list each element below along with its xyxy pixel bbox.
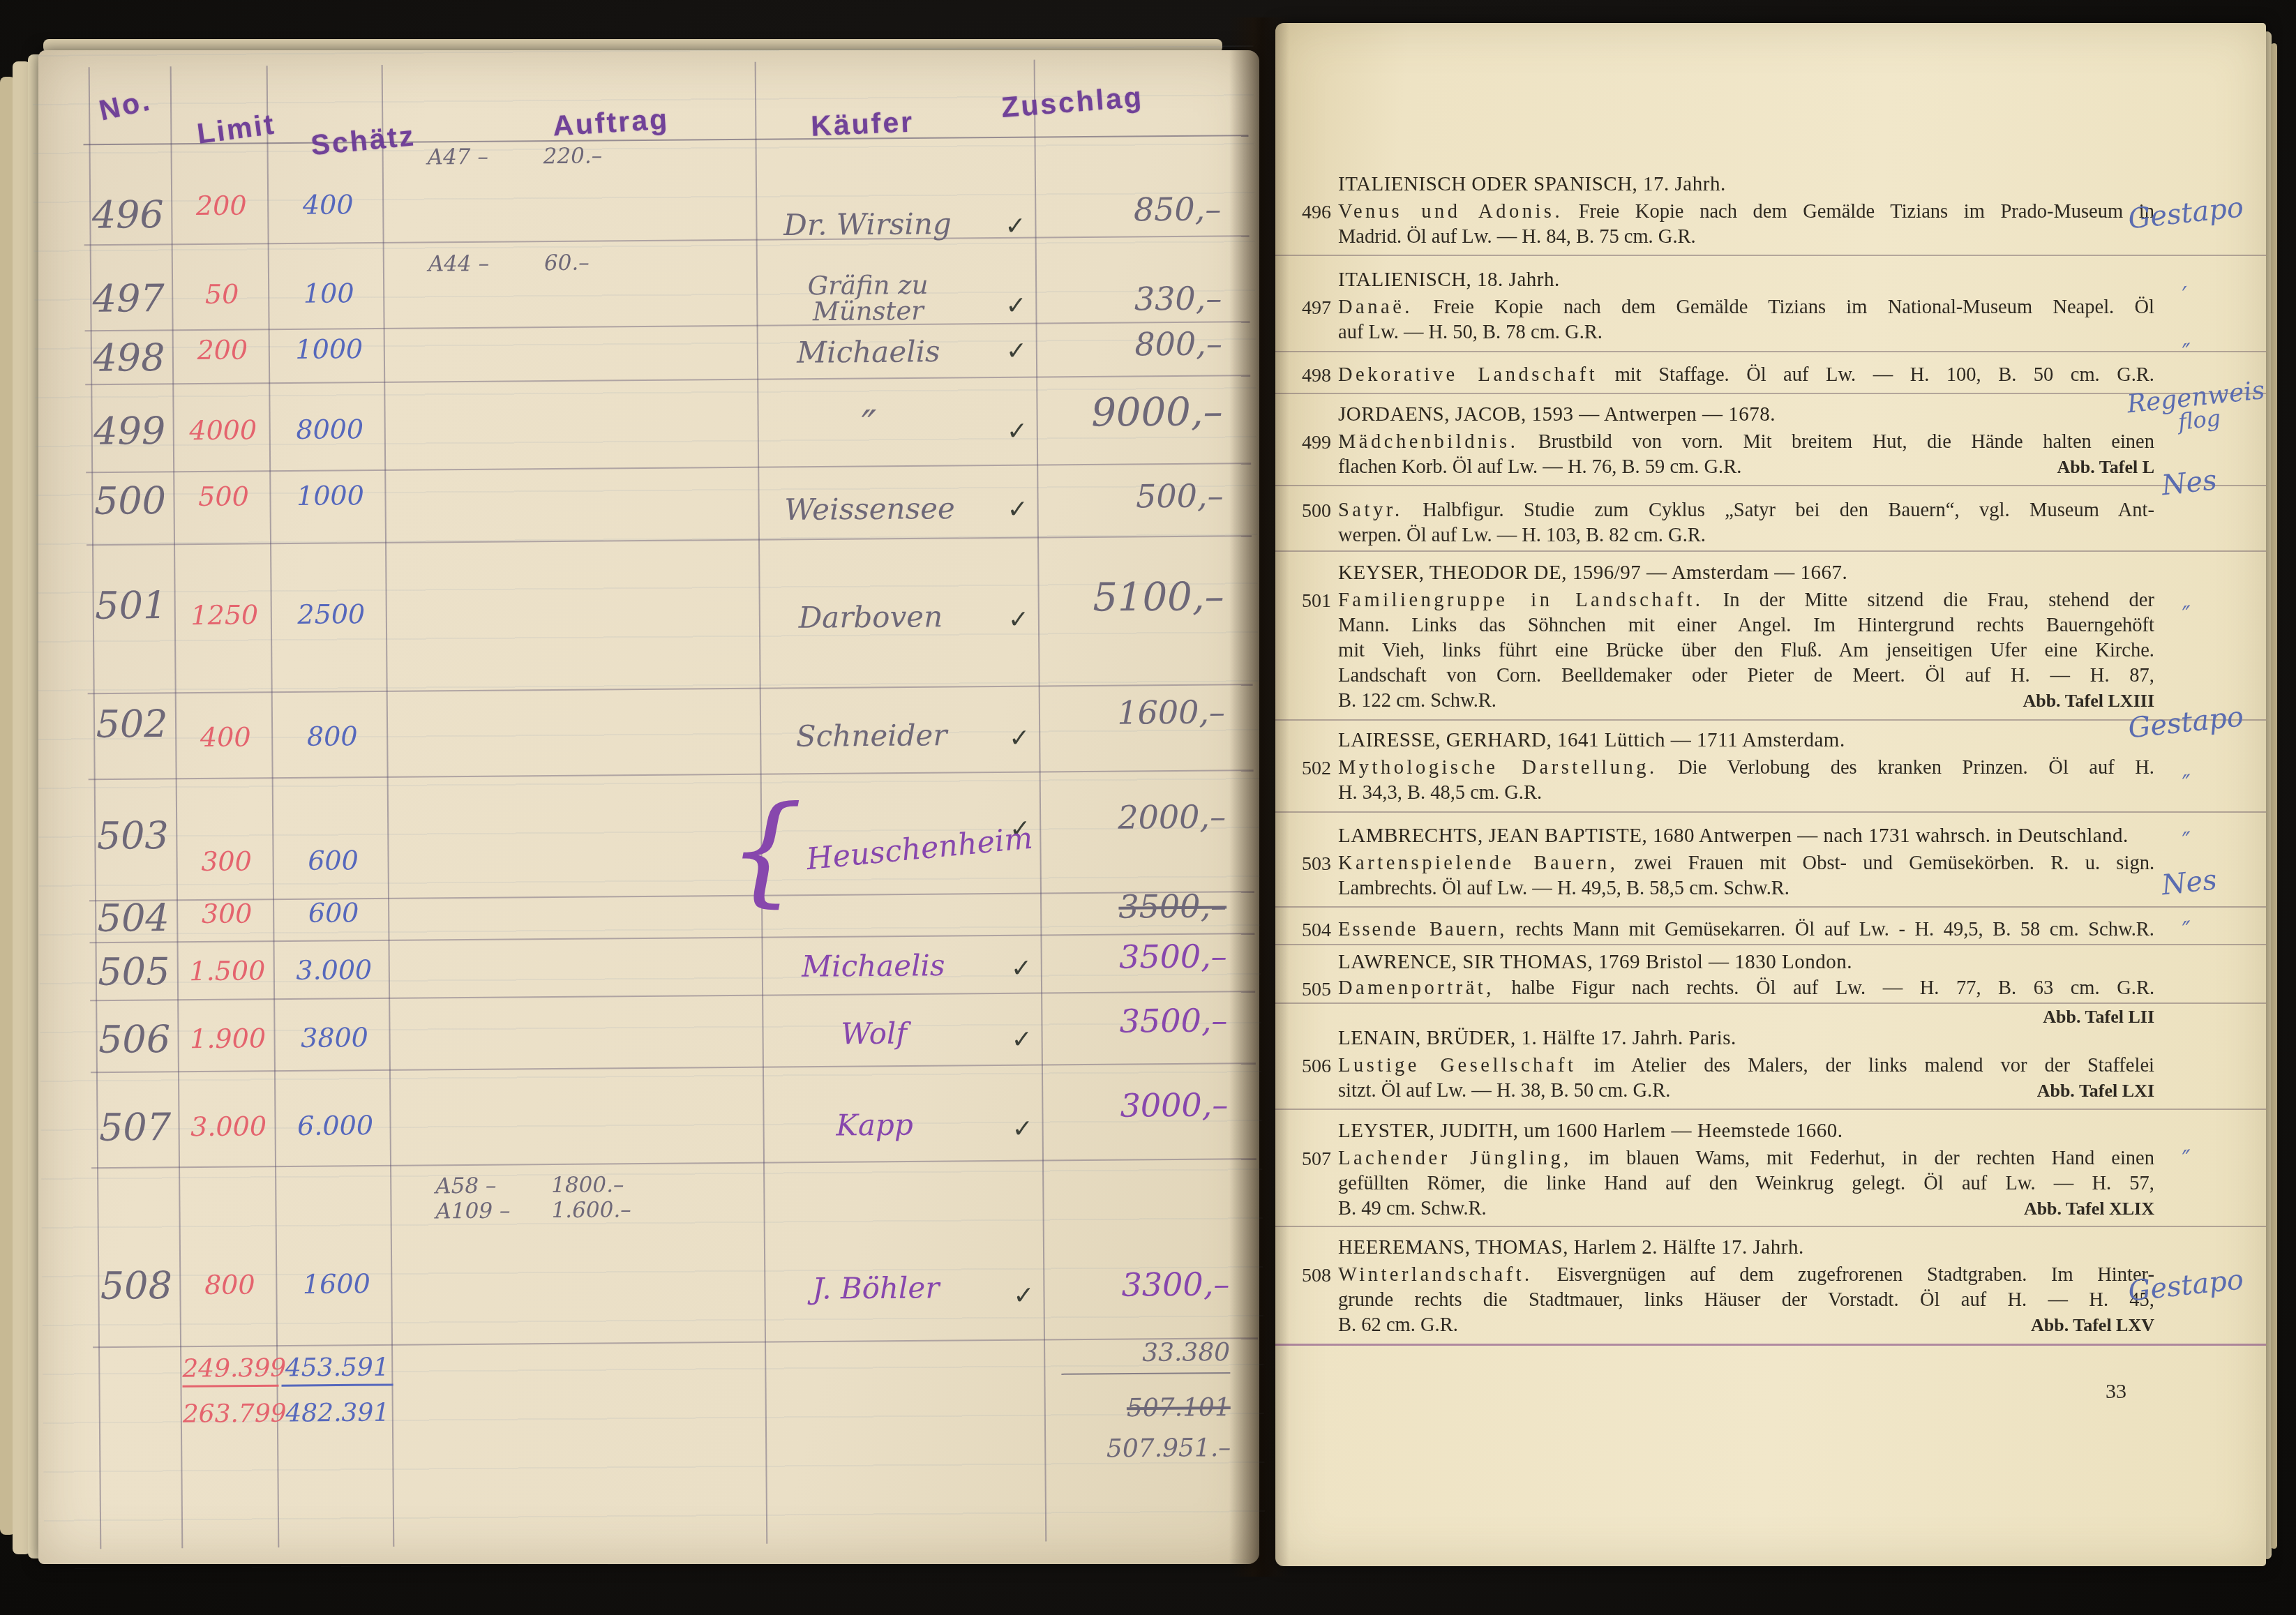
lot-text: Brustbild von vorn. Mit breitem Hut, die… [1538, 431, 2154, 453]
header-no: No. [96, 84, 154, 127]
estimate-value: 600 [278, 897, 389, 929]
ledger-row-508: 508 800 1600 J. Böhler ✓ 3300,– [42, 1277, 1263, 1286]
artist-header: LEYSTER, JUDITH, um 1600 Harlem — Heemst… [1295, 1118, 2154, 1143]
lot-number: 504 [1295, 919, 1331, 942]
header-kaeufer: Käufer [810, 105, 915, 142]
buyer-name-line: Gräfin zu [732, 271, 1004, 299]
hammer-sum: 33.380 [1061, 1338, 1230, 1375]
estimate-value: 3.000 [278, 954, 390, 986]
margin-annotation: ′ [2182, 267, 2296, 306]
entry-divider [1275, 1109, 2266, 1110]
ledger-table: No. Limit Schätz Auftrag Käufer Zuschlag… [33, 45, 1266, 1569]
lot-text: B. 62 cm. G.R. [1338, 1314, 1458, 1336]
buyer-name: Gräfin zu Münster [732, 271, 1005, 325]
lot-text: auf Lw. — H. 50, B. 78 cm. G.R. [1338, 320, 2154, 345]
lot-title: Venus und Adonis. [1338, 201, 1563, 223]
margin-annotation: ″ [2182, 813, 2296, 852]
hammer-price: 330,– [1053, 280, 1222, 319]
buyer-name: Michaelis [733, 333, 1005, 370]
catalog-entry-506: LENAIN, BRÜDER, 1. Hälfte 17. Jahrh. Par… [1295, 1026, 2154, 1104]
row-divider [90, 991, 1255, 1001]
artist-header: ITALIENISCH ODER SPANISCH, 17. Jahrh. [1295, 172, 2154, 197]
lot-text: werpen. Öl auf Lw. — H. 103, B. 82 cm. G… [1338, 523, 2154, 548]
lot-number: 507 [82, 1105, 187, 1150]
lot-text: Halbfigur. Studie zum Cyklus „Satyr bei … [1423, 499, 2154, 521]
catalog-entry-499: JORDAENS, JACOB, 1593 — Antwerpen — 1678… [1295, 402, 2154, 480]
artist-header: LAWRENCE, SIR THOMAS, 1769 Bristol — 183… [1295, 951, 2154, 974]
catalog-page: ITALIENISCH ODER SPANISCH, 17. Jahrh. 49… [1275, 23, 2266, 1566]
margin-annotation: ″ [2182, 1131, 2296, 1170]
page-stack-edge [2271, 43, 2277, 1549]
hammer-price: 2000,– [1057, 798, 1226, 837]
hammer-price: 9000,– [1053, 389, 1223, 436]
lot-number: 498 [77, 336, 181, 380]
order-note: A47 – 220.– [428, 142, 735, 170]
checkmark: ✓ [1009, 723, 1041, 753]
lot-title: Lustige Gesellschaft [1338, 1055, 1576, 1076]
artist-header: LAMBRECHTS, JEAN BAPTISTE, 1680 Antwerpe… [1295, 823, 2154, 848]
entry-divider [1275, 351, 2266, 352]
artist-header: KEYSER, THEODOR DE, 1596/97 — Amsterdam … [1295, 560, 2154, 585]
header-auftrag: Auftrag [552, 103, 670, 142]
catalog-entry-497: ITALIENISCH, 18. Jahrh. 497 Danaë. Freie… [1295, 267, 2154, 345]
buyer-name: Wolf [737, 1015, 1010, 1051]
estimate-sum: 482.391 [282, 1398, 393, 1427]
entry-divider [1275, 255, 2266, 256]
row-divider [91, 1158, 1256, 1169]
hammer-price: 3500,– [1058, 937, 1226, 976]
buyer-name: Weissensee [733, 490, 1005, 527]
hammer-price: 3000,– [1059, 1086, 1228, 1125]
catalog-entry-498: 498 Dekorative Landschaft mit Staffage. … [1295, 360, 2154, 388]
hammer-sum-final: 507.951.– [1062, 1434, 1231, 1464]
buyer-name: Heuschenheim [805, 821, 1035, 878]
checkmark: ✓ [1011, 1025, 1043, 1054]
estimate-value: 1600 [280, 1268, 392, 1300]
lot-number: 505 [1295, 979, 1331, 1001]
estimate-value: 1000 [274, 480, 386, 511]
hammer-sum-struck: 507.101 [1062, 1393, 1231, 1423]
lot-number: 501 [78, 583, 183, 628]
margin-annotation: ″ [2182, 324, 2296, 363]
limit-value: 500 [175, 481, 271, 512]
plate-reference: Abb. Tafel LXI [2023, 1079, 2154, 1104]
lot-text: B. 122 cm. Schw.R. [1338, 690, 1496, 712]
lot-title: Satyr. [1338, 499, 1403, 521]
lot-text: gefüllten Römer, die linke Hand auf den … [1338, 1171, 2154, 1196]
header-schaetz: Schätz [310, 119, 417, 162]
row-divider [85, 375, 1250, 385]
hammer-price: 800,– [1053, 325, 1222, 364]
ledger-row-506: 506 1.900 3800 Wolf ✓ 3500,– [40, 1030, 1261, 1040]
hammer-price: 1600,– [1056, 693, 1225, 733]
plate-reference: Abb. Tafel L [2043, 455, 2154, 480]
lot-number: 505 [82, 949, 186, 994]
plate-reference: Abb. Tafel LXV [2017, 1313, 2154, 1338]
lot-text: H. 34,3, B. 48,5 cm. G.R. [1338, 781, 2154, 806]
limit-value: 3.000 [180, 1111, 276, 1142]
limit-value: 300 [178, 846, 274, 877]
lot-number: 508 [1295, 1265, 1331, 1287]
catalog-entry-507: LEYSTER, JUDITH, um 1600 Harlem — Heemst… [1295, 1118, 2154, 1222]
lot-title: Danaë. [1338, 296, 1413, 318]
lot-number: 504 [81, 896, 186, 940]
lot-text: flachen Korb. Öl auf Lw. — H. 76, B. 59 … [1338, 456, 1741, 478]
lot-title: Mythologische Darstellung. [1338, 757, 1658, 779]
checkmark: ✓ [1013, 1281, 1045, 1310]
lot-number: 503 [1295, 853, 1331, 876]
lot-text: mit Vieh, links führt eine Brücke über d… [1338, 638, 2154, 663]
ledger-row-507: 507 3.000 6.000 Kapp ✓ 3000,– [41, 1118, 1262, 1128]
artist-header: LAIRESSE, GERHARD, 1641 Lüttich — 1711 A… [1295, 728, 2154, 753]
ledger-row-505: 505 1.500 3.000 Michaelis ✓ 3500,– [40, 963, 1261, 972]
entry-divider [1275, 944, 2266, 945]
estimate-value: 2500 [276, 599, 387, 630]
hammer-price: 500,– [1054, 477, 1223, 516]
hammer-price: 3500,– [1058, 1001, 1227, 1040]
ledger-row-503: 503 300 600 ✓ 2000,– [38, 834, 1259, 843]
lot-text: B. 49 cm. Schw.R. [1338, 1198, 1487, 1219]
buyer-name: J. Böhler [740, 1270, 1012, 1306]
catalog-entry-496: ITALIENISCH ODER SPANISCH, 17. Jahrh. 49… [1295, 172, 2154, 250]
lot-title: Kartenspielende Bauern, [1338, 852, 1618, 874]
plate-reference: Abb. Tafel XLIX [2010, 1196, 2154, 1222]
totals-row-3: 507.951.– [43, 1448, 1264, 1457]
lot-text: Landschaft von Corn. Beelldemaker oder P… [1338, 663, 2154, 689]
lot-text: Freie Kopie nach dem Gemälde Tizians im … [1579, 201, 2154, 223]
artist-header: ITALIENISCH, 18. Jahrh. [1295, 267, 2154, 292]
row-divider [87, 535, 1252, 546]
lot-number: 497 [76, 276, 181, 321]
hammer-price-struck: 3500,– [1058, 887, 1226, 926]
header-limit: Limit [195, 107, 278, 150]
estimate-value: 800 [276, 721, 388, 752]
estimate-value: 1000 [273, 333, 385, 365]
checkmark: ✓ [1005, 291, 1037, 320]
lot-text: mit Staffage. Öl auf Lw. — H. 100, B. 50… [1615, 364, 2154, 386]
lot-title: Essende Bauern, [1338, 919, 1506, 940]
buyer-joint-503-504: { Heuschenheim [728, 786, 1021, 913]
column-divider [1034, 60, 1047, 1542]
catalog-entry-508: HEEREMANS, THOMAS, Harlem 2. Hälfte 17. … [1295, 1235, 2154, 1338]
entry-divider [1275, 550, 2266, 552]
lot-number: 506 [1295, 1056, 1331, 1078]
estimate-value: 400 [272, 189, 384, 220]
lot-title: Lachender Jüngling, [1338, 1148, 1572, 1169]
lot-text: sitzt. Öl auf Lw. — H. 38, B. 50 cm. G.R… [1338, 1080, 1670, 1102]
limit-value: 4000 [175, 414, 271, 446]
lot-title: Mädchenbildnis. [1338, 431, 1518, 453]
lot-text: Eisvergnügen auf dem zugefrorenen Stadtg… [1556, 1264, 2154, 1286]
entry-divider [1275, 1002, 2266, 1004]
buyer-ditto-mark: ″ [733, 400, 1005, 450]
book-gutter [1229, 17, 1289, 1577]
lot-text: Freie Kopie nach dem Gemälde Tizians im … [1433, 296, 2154, 318]
lot-number: 506 [82, 1017, 186, 1062]
ledger-row-497: 497 50 100 Gräfin zu Münster ✓ 330,– [34, 290, 1255, 299]
lot-number: 500 [1295, 500, 1331, 523]
entry-divider [1275, 485, 2266, 486]
lot-text: Madrid. Öl auf Lw. — H. 84, B. 75 cm. G.… [1338, 225, 2154, 250]
checkmark: ✓ [1006, 336, 1038, 366]
totals-row-2: 263.799 482.391 507.101 [43, 1406, 1264, 1415]
limit-value: 1250 [177, 599, 273, 631]
lot-title: Familiengruppe in Landschaft. [1338, 589, 1703, 611]
lot-text: Lambrechts. Öl auf Lw. — H. 49,5, B. 58,… [1338, 876, 2154, 901]
entry-divider [1275, 1226, 2266, 1227]
totals-row-1: 249.399 453.591 33.380 [43, 1362, 1263, 1372]
lot-number: 500 [77, 479, 182, 523]
lot-number: 499 [1295, 432, 1331, 454]
limit-value: 800 [181, 1269, 278, 1300]
margin-annotation: ″ [2182, 756, 2296, 795]
page-number: 33 [2015, 1380, 2126, 1404]
lot-text: zwei Frauen mit Obst- und Gemüsekörben. … [1635, 852, 2154, 874]
lot-text: grunde rechts die Stadtmauer, links Häus… [1338, 1288, 2154, 1313]
lot-text: halbe Figur nach rechts. Öl auf Lw. — H.… [1511, 977, 2154, 999]
entry-divider [1275, 1344, 2266, 1346]
limit-value: 1.500 [179, 955, 276, 986]
lot-text: In der Mitte sitzend die Frau, stehend d… [1723, 589, 2154, 611]
limit-value: 400 [177, 721, 273, 753]
lot-text: im Atelier des Malers, der links malend … [1593, 1055, 2154, 1076]
lot-number: 496 [1295, 202, 1331, 224]
hammer-price: 5100,– [1055, 574, 1224, 621]
lot-text: Die Verlobung des kranken Prinzen. Öl au… [1678, 757, 2154, 779]
buyer-name: Kapp [738, 1106, 1010, 1143]
buyer-name: Schneider [735, 717, 1007, 753]
artist-header: JORDAENS, JACOB, 1593 — Antwerpen — 1678… [1295, 402, 2154, 427]
estimate-value: 6.000 [279, 1110, 391, 1141]
margin-annotation: ″ [2182, 587, 2296, 626]
lot-text: Mann. Links das Söhnchen mit einer Angel… [1338, 613, 2154, 638]
estimate-value: 100 [273, 278, 384, 309]
buyer-name: Dr. Wirsing [731, 206, 1003, 242]
artist-header: HEEREMANS, THOMAS, Harlem 2. Hälfte 17. … [1295, 1235, 2154, 1260]
order-note: A58 – 1800.– [435, 1171, 742, 1199]
row-divider [88, 684, 1253, 694]
catalog-entry-500: 500 Satyr. Halbfigur. Studie zum Cyklus … [1295, 495, 2154, 548]
ledger-row-502: 502 400 800 Schneider ✓ 1600,– [38, 729, 1259, 739]
lot-title: Dekorative Landschaft [1338, 364, 1598, 386]
catalog-entry-504: 504 Essende Bauern, rechts Mann mit Gemü… [1295, 915, 2154, 942]
limit-value: 200 [173, 190, 269, 221]
order-note: A109 – 1.600.– [435, 1196, 742, 1224]
estimate-sum: 453.591 [281, 1353, 393, 1386]
lot-number: 502 [1295, 758, 1331, 780]
lot-number: 501 [1295, 590, 1331, 613]
checkmark: ✓ [1012, 1114, 1044, 1143]
row-divider [89, 769, 1254, 780]
entry-divider [1275, 719, 2266, 721]
limit-value: 200 [174, 334, 271, 366]
plate-reference: Abb. Tafel LXIII [2009, 689, 2154, 714]
header-zuschlag: Zuschlag [1000, 80, 1145, 124]
hammer-price: 850,– [1052, 190, 1221, 230]
lot-text: im blauen Wams, mit Federhut, in der rec… [1589, 1148, 2154, 1169]
checkmark: ✓ [1007, 495, 1039, 524]
row-divider [84, 235, 1250, 246]
lot-number: 496 [75, 193, 180, 237]
lot-number: 497 [1295, 297, 1331, 320]
lot-number: 508 [84, 1263, 188, 1308]
row-divider [91, 1062, 1256, 1073]
lot-title: Damenporträt, [1338, 977, 1494, 999]
row-divider [86, 463, 1251, 473]
ledger-row-496: 496 200 400 Dr. Wirsing ✓ 850,– [33, 206, 1254, 216]
book-scan: No. Limit Schätz Auftrag Käufer Zuschlag… [0, 0, 2296, 1615]
lot-title: Winterlandschaft. [1338, 1264, 1533, 1286]
checkmark: ✓ [1007, 416, 1039, 446]
catalog-entry-505: LAWRENCE, SIR THOMAS, 1769 Bristol — 183… [1295, 951, 2154, 1000]
checkmark: ✓ [1011, 954, 1043, 983]
lot-number: 498 [1295, 365, 1331, 387]
catalog-entry-503: LAMBRECHTS, JEAN BAPTISTE, 1680 Antwerpe… [1295, 823, 2154, 901]
estimate-value: 3800 [278, 1022, 390, 1053]
order-note: A44 – 60.– [428, 249, 735, 276]
lot-number: 499 [77, 409, 181, 453]
catalog-entry-501: KEYSER, THEODOR DE, 1596/97 — Amsterdam … [1295, 560, 2154, 714]
checkmark: ✓ [1005, 211, 1037, 241]
lot-number: 502 [80, 702, 184, 746]
entry-divider [1275, 906, 2266, 908]
lot-text: rechts Mann mit Gemüsekarren. Öl auf Lw.… [1516, 919, 2154, 940]
ledger-row-500: 500 500 1000 Weissensee ✓ 500,– [36, 499, 1257, 509]
estimate-value: 600 [277, 845, 389, 876]
catalog-entry-502: LAIRESSE, GERHARD, 1641 Lüttich — 1711 A… [1295, 728, 2154, 806]
buyer-name: Darboven [735, 599, 1007, 635]
ledger-row-504: 504 300 600 3500,– [39, 909, 1260, 919]
ledger-row-501: 501 1250 2500 Darboven ✓ 5100,– [37, 607, 1258, 617]
hammer-price: 3300,– [1060, 1265, 1229, 1304]
plate-reference: Abb. Tafel LII [1295, 1007, 2154, 1028]
ledger-row-499: 499 4000 8000 ″ ✓ 9000,– [36, 422, 1256, 432]
lot-number: 503 [80, 813, 185, 858]
estimate-value: 8000 [274, 414, 386, 445]
buyer-name: Michaelis [737, 947, 1010, 984]
ledger-row-498: 498 200 1000 Michaelis ✓ 800,– [35, 349, 1256, 359]
brace: { [728, 790, 804, 910]
ledger-page: No. Limit Schätz Auftrag Käufer Zuschlag… [38, 50, 1259, 1564]
lot-number: 507 [1295, 1148, 1331, 1171]
checkmark: ✓ [1008, 605, 1040, 634]
entry-divider [1275, 811, 2266, 813]
limit-value: 1.900 [179, 1023, 276, 1054]
limit-value: 300 [179, 898, 275, 929]
entry-divider [1275, 393, 2266, 394]
limit-value: 50 [174, 278, 270, 310]
limit-sum: 249.399 [182, 1354, 278, 1388]
buyer-name-line: Münster [732, 297, 1004, 325]
artist-header: LENAIN, BRÜDER, 1. Hälfte 17. Jahrh. Par… [1295, 1026, 2154, 1051]
limit-sum: 263.799 [183, 1399, 279, 1429]
